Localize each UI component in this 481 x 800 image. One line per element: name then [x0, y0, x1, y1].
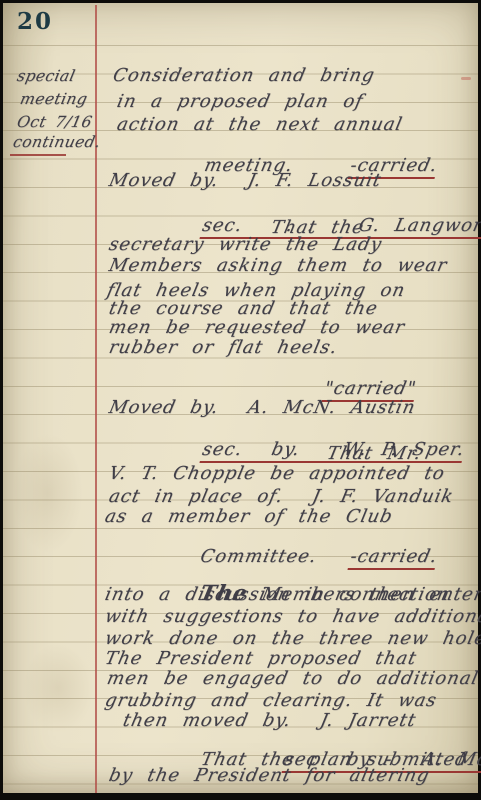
minutes-line: Moved by. A. McN. Austin — [107, 397, 418, 418]
paper-smudge — [13, 433, 83, 553]
margin-note: meeting — [18, 89, 89, 110]
minutes-line: secretary write the Lady — [107, 234, 384, 255]
minutes-line: men be engaged to do additional — [105, 668, 481, 689]
minutes-line: The President proposed that — [103, 648, 419, 669]
minutes-line: men be requested to wear — [107, 317, 407, 338]
minutes-line: into a discussion in connection — [103, 584, 452, 605]
page-number: 20 — [17, 8, 53, 35]
minutes-line: in a proposed plan of — [115, 91, 365, 112]
minutes-line: rubber or flat heels. — [107, 337, 340, 358]
red-mark — [461, 77, 471, 80]
paper: 20 special meeting Oct 7/16 continued. C… — [3, 3, 478, 793]
paper-smudge — [23, 643, 93, 733]
minutes-line: That Mr. — [325, 443, 424, 464]
minutes-line: action at the next annual — [115, 114, 405, 135]
minutes-line: Members asking them to wear — [107, 255, 449, 276]
margin-note: Oct 7/16 — [15, 112, 94, 133]
minutes-line: work done on the three new holes. — [103, 628, 481, 649]
minutes-line: V. T. Chopple be appointed to — [107, 463, 447, 484]
minutes-line: by the President for altering — [107, 765, 432, 786]
margin-note: continued. — [11, 132, 103, 153]
margin-note-underline — [10, 154, 66, 156]
red-margin-line — [95, 5, 97, 793]
minutes-line: Consideration and bring — [111, 65, 377, 86]
minutes-line: Moved by. J. F. Lossuit — [107, 170, 384, 191]
margin-note: special — [15, 66, 77, 87]
minutes-line: grubbing and clearing. It was — [103, 690, 439, 711]
minutes-line: the course and that the — [107, 298, 380, 319]
minutes-line: as a member of the Club — [103, 506, 395, 527]
minutes-line: act in place of. J. F. Vanduik — [107, 486, 456, 507]
scanned-minutes-page: 20 special meeting Oct 7/16 continued. C… — [0, 0, 481, 800]
minutes-line: with suggestions to have additional — [103, 606, 481, 627]
